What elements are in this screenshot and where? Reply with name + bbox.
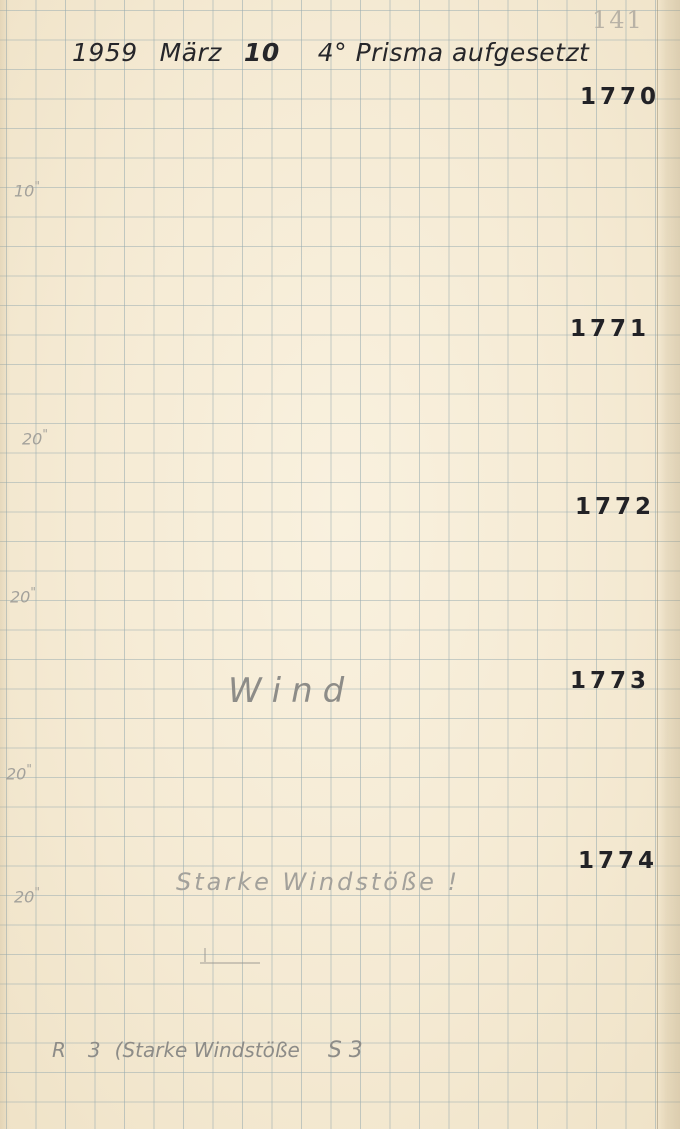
page-edge-left xyxy=(0,0,10,1129)
frame-number: 1774 xyxy=(578,850,658,873)
frame-number: 1770 xyxy=(580,86,660,109)
frame-number: 1773 xyxy=(570,670,650,693)
note-wind: Wind xyxy=(228,674,354,708)
margin-exposure-time: 10" xyxy=(14,180,40,199)
footer-text: (Starke Windstöße xyxy=(115,1038,300,1062)
time-value: 20 xyxy=(22,429,42,448)
graph-paper-grid xyxy=(0,0,680,1129)
time-value: 10 xyxy=(14,181,34,200)
footer-r: R xyxy=(52,1038,66,1062)
time-unit: " xyxy=(34,885,40,899)
header-note: 4° Prisma aufgesetzt xyxy=(318,38,590,67)
time-unit: " xyxy=(42,427,48,441)
time-unit: " xyxy=(26,762,32,776)
header-month: März xyxy=(160,38,222,67)
margin-exposure-time: 20" xyxy=(10,586,36,605)
time-value: 20 xyxy=(10,587,30,606)
header-day: 10 xyxy=(244,38,280,67)
frame-number: 1771 xyxy=(570,318,650,341)
page-edge-right xyxy=(657,0,680,1129)
margin-exposure-time: 20" xyxy=(14,886,40,905)
time-value: 20 xyxy=(14,887,34,906)
entry-header: 1959März104° Prisma aufgesetzt xyxy=(72,40,611,65)
page-number-stamp: 141 xyxy=(592,8,644,32)
notebook-page: 141 1959März104° Prisma aufgesetzt 1770 … xyxy=(0,0,680,1129)
pencil-stroke-mark xyxy=(200,962,260,964)
time-unit: " xyxy=(34,179,40,193)
margin-exposure-time: 20" xyxy=(6,763,32,782)
margin-exposure-time: 20" xyxy=(22,428,48,447)
header-year: 1959 xyxy=(72,38,138,67)
footer-suffix: S 3 xyxy=(328,1038,363,1063)
footer-note: R3(Starke WindstößeS 3 xyxy=(52,1040,363,1062)
time-value: 20 xyxy=(6,764,26,783)
note-strong-gusts: Starke Windstöße ! xyxy=(176,870,460,894)
footer-num: 3 xyxy=(88,1038,101,1062)
time-unit: " xyxy=(30,585,36,599)
frame-number: 1772 xyxy=(575,496,655,519)
